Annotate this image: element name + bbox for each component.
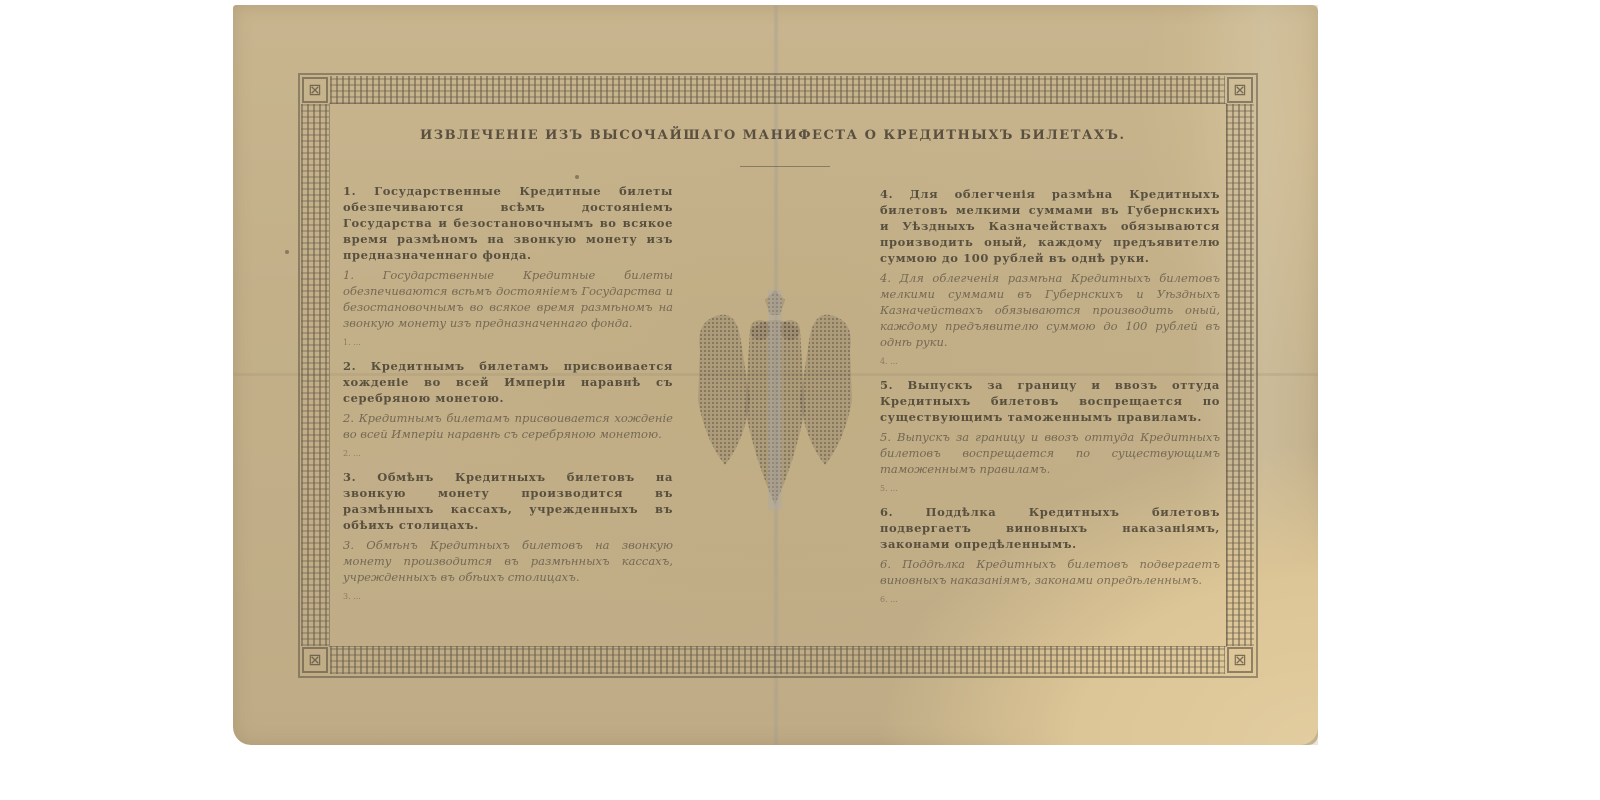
ornamental-border-right — [1226, 104, 1254, 646]
title-divider — [740, 166, 830, 167]
corner-ornament-icon: ⊠ — [302, 77, 328, 103]
article-4-cursive: 4. Для облегченія размѣна Кредитныхъ бил… — [880, 270, 1220, 350]
article-3-text: 3. Обмѣнъ Кредитныхъ билетовъ на звонкую… — [343, 469, 673, 533]
ornamental-border-top — [330, 76, 1225, 104]
article-6-cursive: 6. Поддѣлка Кредитныхъ билетовъ подверга… — [880, 556, 1220, 588]
article-4-text: 4. Для облегченія размѣна Кредитныхъ бил… — [880, 186, 1220, 266]
corner-ornament-icon: ⊠ — [1227, 647, 1253, 673]
article-5-fine-print: 5. ... — [880, 483, 1220, 494]
article-2-text: 2. Кредитнымъ билетамъ присвоивается хож… — [343, 358, 673, 406]
corner-ornament-icon: ⊠ — [1227, 77, 1253, 103]
article-2-fine-print: 2. ... — [343, 448, 673, 459]
article-1-cursive: 1. Государственные Кредитные билеты обез… — [343, 267, 673, 331]
article-5-cursive: 5. Выпускъ за границу и ввозъ оттуда Кре… — [880, 429, 1220, 477]
article-6-fine-print: 6. ... — [880, 594, 1220, 605]
left-column: 1. Государственные Кредитные билеты обез… — [343, 183, 673, 612]
ink-spot — [285, 250, 289, 254]
article-1-fine-print: 1. ... — [343, 337, 673, 348]
article-5-text: 5. Выпускъ за границу и ввозъ оттуда Кре… — [880, 377, 1220, 425]
ornamental-border-left — [301, 104, 329, 646]
article-4-fine-print: 4. ... — [880, 356, 1220, 367]
ink-spot — [575, 175, 579, 179]
article-6-text: 6. Поддѣлка Кредитныхъ билетовъ подверга… — [880, 504, 1220, 552]
article-3-cursive: 3. Обмѣнъ Кредитныхъ билетовъ на звонкую… — [343, 537, 673, 585]
article-2-cursive: 2. Кредитнымъ билетамъ присвоивается хож… — [343, 410, 673, 442]
document-title: ИЗВЛЕЧЕНІЕ ИЗЪ ВЫСОЧАЙШАГО МАНИФЕСТА О К… — [420, 128, 1120, 143]
corner-ornament-icon: ⊠ — [302, 647, 328, 673]
right-column: 4. Для облегченія размѣна Кредитныхъ бил… — [880, 186, 1220, 615]
double-headed-eagle-icon — [680, 290, 870, 510]
ornamental-border-bottom — [330, 646, 1225, 674]
article-1-text: 1. Государственные Кредитные билеты обез… — [343, 183, 673, 263]
article-3-fine-print: 3. ... — [343, 591, 673, 602]
